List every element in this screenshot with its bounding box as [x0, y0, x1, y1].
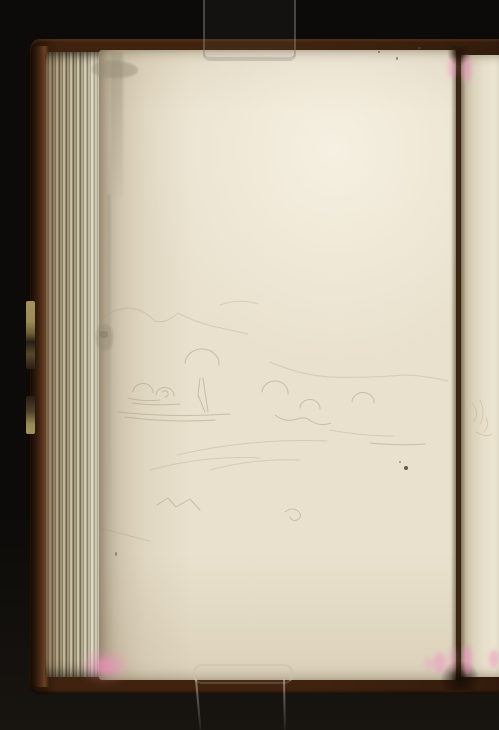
pink-mark-top-left-of-gutter: [448, 56, 456, 78]
top-transparent-strap: [203, 0, 296, 61]
pencil-speck: [404, 466, 408, 470]
leather-speck: [418, 47, 421, 49]
photo-canvas: [0, 0, 499, 730]
pink-mark-bottom-3: [449, 646, 456, 672]
stain-vertical-streak: [111, 52, 123, 197]
paper-speck: [115, 552, 117, 556]
gutter-bottom-notch: [440, 660, 480, 690]
pink-mark-bottom-5: [489, 650, 499, 668]
pink-mark-bottom-left-core: [96, 659, 115, 673]
right-page-sliver: [461, 55, 499, 677]
pencil-speck: [399, 461, 401, 463]
pink-mark-bottom-4: [463, 645, 472, 675]
brass-clasp-lower: [26, 396, 35, 434]
pink-mark-bottom-2: [434, 652, 446, 674]
fore-edge-page-stack: [45, 52, 102, 677]
pink-mark-top-right-of-gutter: [462, 56, 471, 82]
paper-speck: [378, 51, 380, 53]
pencil-landscape-sketch: [100, 280, 456, 580]
right-page-scribble-sketch: [468, 398, 498, 453]
bottom-transparent-strap: [193, 664, 293, 684]
brass-clasp-upper: [26, 301, 35, 369]
paper-speck: [396, 57, 398, 60]
